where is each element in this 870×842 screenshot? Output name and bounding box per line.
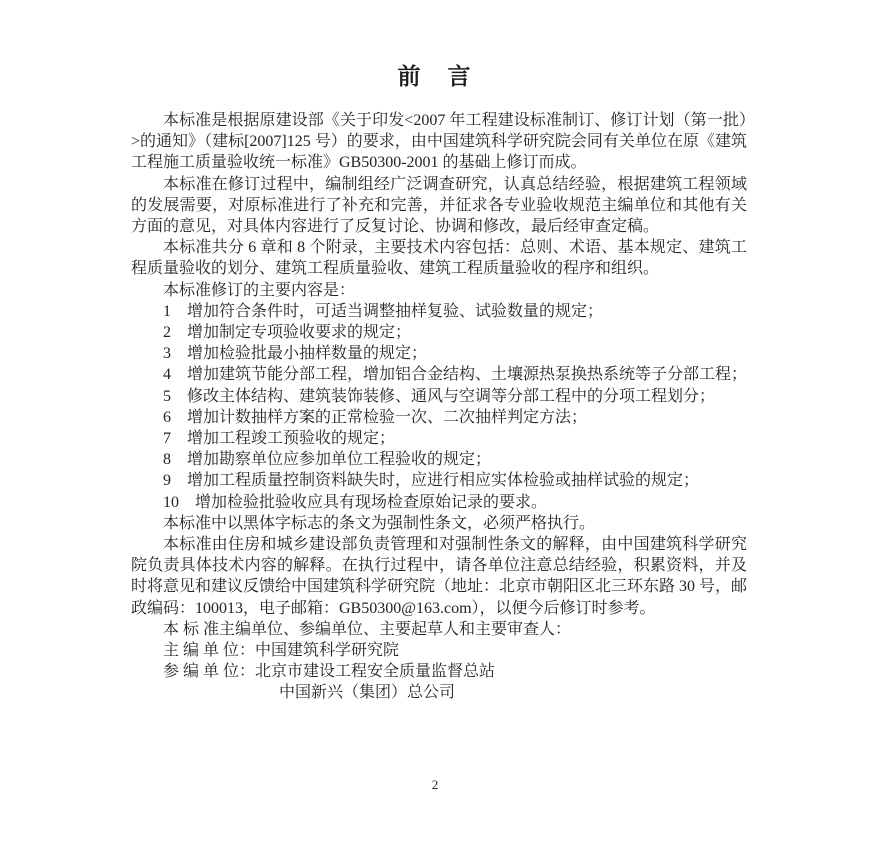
paragraph-chief-editor: 主 编 单 位：中国建筑科学研究院	[131, 640, 747, 661]
paragraph-co-editor: 参 编 单 位：北京市建设工程安全质量监督总站	[131, 661, 747, 682]
paragraph-co-editor-continued: 中国新兴（集团）总公司	[131, 682, 747, 703]
document-page: 前 言 本标准是根据原建设部《关于印发<2007 年工程建设标准制订、修订计划（…	[0, 0, 870, 842]
paragraph-main-lead: 本标准修订的主要内容是：	[131, 280, 747, 301]
list-item-5: 5 修改主体结构、建筑装饰装修、通风与空调等分部工程中的分项工程划分；	[131, 386, 747, 407]
list-item-8: 8 增加勘察单位应参加单位工程验收的规定；	[131, 449, 747, 470]
paragraph-revision: 本标准在修订过程中，编制组经广泛调查研究，认真总结经验，根据建筑工程领域的发展需…	[131, 174, 747, 238]
document-body: 本标准是根据原建设部《关于印发<2007 年工程建设标准制订、修订计划（第一批）…	[131, 110, 747, 704]
list-item-4: 4 增加建筑节能分部工程，增加铝合金结构、土壤源热泵换热系统等子分部工程；	[131, 364, 747, 385]
paragraph-units-lead: 本 标 准主编单位、参编单位、主要起草人和主要审查人：	[131, 619, 747, 640]
list-item-1: 1 增加符合条件时，可适当调整抽样复验、试验数量的规定；	[131, 301, 747, 322]
paragraph-mandatory: 本标准中以黑体字标志的条文为强制性条文，必须严格执行。	[131, 513, 747, 534]
list-item-9: 9 增加工程质量控制资料缺失时，应进行相应实体检验或抽样试验的规定；	[131, 470, 747, 491]
list-item-3: 3 增加检验批最小抽样数量的规定；	[131, 343, 747, 364]
list-item-2: 2 增加制定专项验收要求的规定；	[131, 322, 747, 343]
paragraph-intro: 本标准是根据原建设部《关于印发<2007 年工程建设标准制订、修订计划（第一批）…	[131, 110, 747, 174]
list-item-6: 6 增加计数抽样方案的正常检验一次、二次抽样判定方法；	[131, 407, 747, 428]
paragraph-contents: 本标准共分 6 章和 8 个附录，主要技术内容包括：总则、术语、基本规定、建筑工…	[131, 237, 747, 279]
page-number: 2	[0, 777, 870, 793]
paragraph-management: 本标准由住房和城乡建设部负责管理和对强制性条文的解释，由中国建筑科学研究院负责具…	[131, 534, 747, 619]
page-title: 前 言	[0, 58, 870, 91]
list-item-10: 10 增加检验批验收应具有现场检查原始记录的要求。	[131, 492, 747, 513]
list-item-7: 7 增加工程竣工预验收的规定；	[131, 428, 747, 449]
